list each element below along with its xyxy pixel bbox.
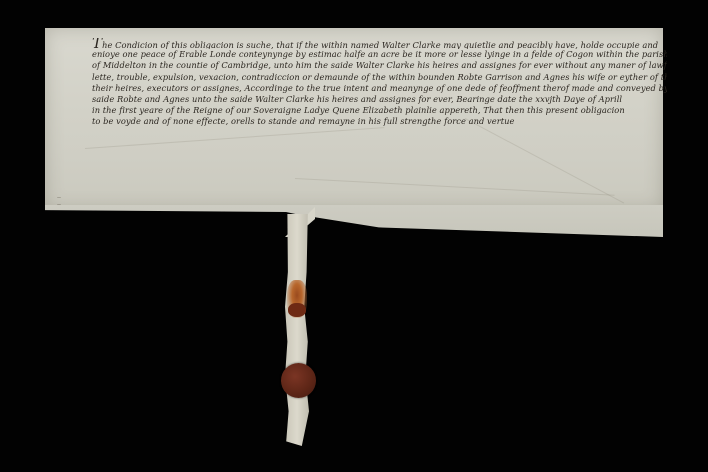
wax-seal-icon bbox=[281, 363, 316, 398]
margin-note: — bbox=[57, 202, 61, 207]
parchment-bottom-edge bbox=[45, 205, 663, 237]
handwritten-text: The Condicion of this obligacion is such… bbox=[92, 38, 667, 128]
margin-note: — bbox=[57, 195, 61, 200]
document-photograph: The Condicion of this obligacion is such… bbox=[0, 0, 708, 472]
text-line-5: their heires, executors or assignes, Acc… bbox=[92, 83, 667, 94]
parchment-crease bbox=[85, 127, 384, 149]
text-line-3: of Middelton in the countie of Cambridge… bbox=[92, 60, 667, 71]
text-line-7: in the first yeare of the Reigne of our … bbox=[92, 105, 667, 116]
parchment-crease bbox=[295, 178, 615, 196]
text-line-8: to be voyde and of none effecte, orells … bbox=[92, 116, 667, 127]
wax-fragment bbox=[288, 303, 306, 317]
text-line-2: enioye one peace of Erable Londe conteyn… bbox=[92, 49, 667, 60]
text-line-4: lette, trouble, expulsion, vexacion, con… bbox=[92, 72, 667, 83]
text-line-1: The Condicion of this obligacion is such… bbox=[92, 38, 667, 49]
text-line-6: saide Robte and Agnes unto the saide Wal… bbox=[92, 94, 667, 105]
seal-tag-strip bbox=[285, 214, 309, 446]
